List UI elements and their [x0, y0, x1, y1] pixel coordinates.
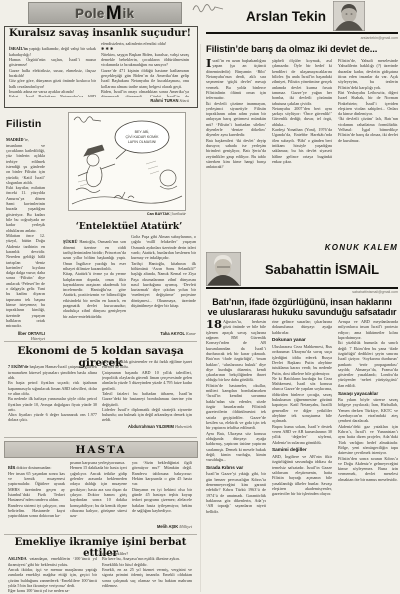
body-text: ’te, insanların ve çocukların katledildi… [6, 137, 45, 328]
article-kuralsiz-byline: Rahmi TURAN Sözcü [101, 98, 189, 103]
article-hasta-column-1: BİR doktor dostumuzdan: Her insan 65 yaş… [8, 460, 65, 524]
subhead: Sırada Kıbrıs var [206, 464, 266, 471]
article-ekonomi-column-2: büyük oynaklık gösterenler ve iki farklı… [102, 359, 192, 421]
column-ismail-column-2: rine gelince susarlar; çıkarlarına dokun… [272, 319, 332, 592]
subhead: Samimi değiller [272, 446, 332, 453]
section-filistin-byline: İlber ORTAYLI Hürriyet [6, 331, 45, 341]
body-text: Bu yıkım böyle sürerse savaş bölgeye yay… [338, 397, 398, 482]
byline-source: Sözcü [179, 98, 189, 103]
column-ismail-headline-line-1: Batı’nın, ifade özgürlüğünü, insan hakla… [206, 297, 398, 307]
speech-bubble-line-1: BEY ABİ, [135, 129, 150, 134]
subhead: Dokunan yanar [272, 336, 332, 343]
lead-word: MADRİD [6, 137, 23, 142]
lead-word: ŞÜKRÜ [63, 239, 78, 244]
masthead-letter-m: M [106, 4, 122, 23]
article-hasta-byline: Melih AŞIK Milliyet [132, 524, 192, 529]
author-photo-sabahattin-ismail [206, 252, 241, 286]
author-rule [206, 32, 398, 34]
masthead-text-pole: Pole [75, 7, 104, 20]
byline-name: Rahmi TURAN [150, 98, 178, 103]
article-emekliye-column-1: ASLINDA vatandaşın, emeklilerin ‘100’ünc… [8, 551, 97, 593]
byline-source: Karar [186, 331, 196, 336]
polemik-masthead: Pole M ik [28, 2, 182, 24]
drop-cap: İ [206, 59, 211, 69]
author-email: sabahattinismail@gmail.com [206, 290, 398, 294]
article-emekliye-column-2: dece emekliler? Bir kere bu, Anayasa’nın… [102, 551, 192, 593]
article-hasta-title: HASTA [75, 444, 126, 456]
byline-source: Habertürk [175, 424, 192, 429]
body-text: Uluslararası Ceza Mahkemesi, Rus ordusun… [272, 344, 332, 445]
body-text: başlayan Hamas-İsrail çatışması giderek … [8, 364, 97, 423]
body-text: doktor dostumuzdan: Her insan 65 yaşında… [8, 465, 65, 518]
body-text: Avrupa ve ABD meydanlarında milyonlarca … [338, 319, 398, 388]
masthead-text-ik: ik [123, 7, 135, 20]
article-ekonomi-column-1: 7 EKİM’de başlayan Hamas-İsrail çatışmas… [8, 359, 97, 423]
body-text: rine gelince susarlar; çıkarlarına dokun… [272, 319, 332, 335]
column-tekin-column-1: İsrail’in en uzun başbakanlığını yapan (… [206, 58, 266, 239]
article-entelektuel-column-2: Goltz Paşa gibi Alman subaylarının, o ça… [131, 234, 196, 330]
column-ismail-column-3: Avrupa ve ABD meydanlarında milyonlarca … [338, 319, 398, 592]
section-divider [4, 534, 197, 535]
article-hasta-title-band: HASTA [4, 441, 198, 458]
speech-bubble-line-3: LAFIN OLMASIN! [128, 140, 156, 144]
speech-bubble-line-2: ÇİVİ KADAR KOMİK [126, 134, 160, 139]
article-ekonomi-byline: Abdurrahman YILDIRIM Habertürk [102, 424, 192, 429]
article-entelektuel-byline: Taha AKYOL Karar [131, 331, 196, 336]
column-tekin-headline: Filistin’de barış da olmaz iki devlet de… [206, 43, 398, 54]
section-filistin-heading: Filistin [6, 118, 41, 130]
column-tekin-column-3: Filistin’de, Yahudi meselesinde Yahudile… [338, 58, 398, 239]
drop-cap: 18 [206, 320, 222, 330]
article-kuralsiz-headline: Kuralsız savaş insanlık suçudur! [8, 28, 192, 39]
body-text: Hanioğlu, Osmanlı’nın son dönemi üzerine… [63, 239, 126, 318]
article-hasta-column-3: yor. ‘Sizin beklediğinizi ilgili görmüyo… [132, 460, 192, 522]
konuk-kalem-label: KONUK KALEM [206, 243, 398, 252]
body-text: vatandaşın, emeklilerin ‘100’üncü yıl ik… [8, 556, 97, 593]
article-hasta-column-2: pısının karşısına yerleşiyorsunuz. Hemen… [70, 460, 127, 524]
caption-label: karikatür [172, 212, 186, 216]
article-entelektuel-headline: ‘Entelektüel Atatürk’ [62, 222, 196, 232]
column-tekin-column-2: şüpheli ölçüler koymak, asıl çıkmazdır. … [272, 58, 332, 239]
body-text: Ağustos’ta, herkesin gözü önünde ve bile… [206, 319, 266, 462]
section-divider [4, 437, 197, 438]
author-name-sabahattin-ismail: Sabahattin İSMAİL [246, 262, 398, 277]
cartoonist-name: Can BAYTAK [147, 212, 170, 216]
section-filistin-column: MADRİD’te, insanların ve çocukların katl… [6, 132, 45, 330]
body-text: İsrail’in Gazze’yi yıktığı gibi, bir gün… [206, 471, 266, 514]
cartoon-caption: Can BAYTAK | karikatür [68, 212, 186, 216]
column-ismail-column-1: 18Ağustos’ta, herkesin gözü önünde ve bi… [206, 319, 266, 592]
article-kuralsiz-column-1: İSRAİL’in yaptığı katliamdır, değil vahş… [9, 41, 96, 97]
lead-word: İSRAİL’in [9, 46, 28, 51]
author-name-arslan-tekin: Arslan Tekin [206, 9, 326, 24]
author-photo-arslan-tekin [333, 1, 365, 31]
editorial-cartoon: BEY ABİ, ÇİVİ KADAR KOMİK LAFIN OLMASIN! [68, 112, 186, 211]
byline-name: Taha AKYOL [160, 331, 185, 336]
body-text: yaptığı katliamdır, değil vahşi bir soka… [9, 46, 96, 97]
article-kuralsiz-column-2: efendisizlerin, zalimlerin efendisi oldu… [101, 41, 189, 97]
column-ismail-headline-line-2: ve uluslararası hukuku savunduğu safsata… [206, 307, 398, 317]
lead-word: 7 EKİM’de [8, 364, 28, 369]
subhead: Savaşı yayacaklar [338, 390, 398, 397]
body-text: srail’in en uzun başbakanlığını yapan (ş… [206, 58, 266, 169]
newspaper-page: Pole M ik Kuralsız savaş insanlık suçudu… [0, 0, 400, 594]
byline-name: Melih AŞIK [157, 524, 178, 529]
byline-name: Abdurrahman YILDIRIM [128, 424, 174, 429]
author-rule [206, 287, 398, 289]
section-divider [4, 341, 197, 342]
author-email: arslantekin@gmail.com [206, 36, 398, 40]
body-text: ABD, İngiltere ve AB’nin fikir özgürlüğü… [272, 454, 332, 497]
byline-source: Milliyet [179, 524, 192, 529]
article-entelektuel-column-1: ŞÜKRÜ Hanioğlu, Osmanlı’nın son dönemi ü… [63, 234, 126, 340]
lead-word: ASLINDA [8, 556, 27, 561]
column-gutter-rule [200, 44, 201, 592]
